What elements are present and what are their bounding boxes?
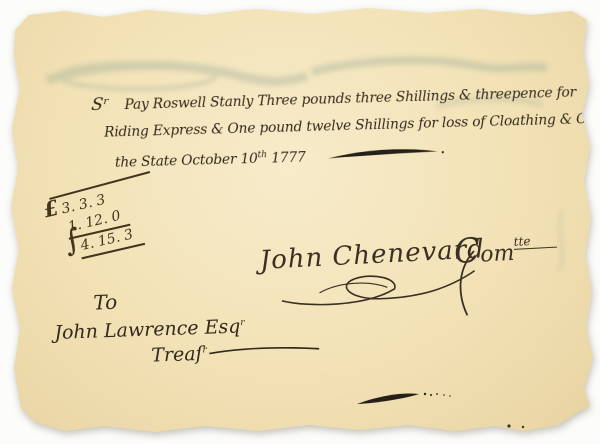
addressee-name-superscript: r — [240, 318, 245, 328]
addressee-to: To — [93, 283, 319, 315]
order-line-3-text: the State October 10 — [115, 151, 258, 171]
addressee-role-superscript: r — [202, 345, 207, 355]
sum-block: £3. 3. 3 1. 12. 0 ∫4. 15. 3 — [41, 173, 166, 265]
ink-specks — [507, 424, 524, 428]
document-paper: SʳPay Roswell Stanly Three pounds three … — [7, 6, 593, 438]
committee-superscript: tte — [513, 233, 556, 250]
addressee-role: Treaſr — [151, 339, 321, 367]
salutation: Sʳ — [90, 91, 110, 119]
committee-signoff: Comtte — [453, 227, 558, 272]
addressee-name-text: John Lawrence Esq — [54, 315, 241, 343]
committee-swash — [450, 249, 484, 320]
treasurer-flourish — [209, 343, 321, 357]
addressee-role-text: Treaſ — [151, 343, 203, 367]
addressee-block: To John Lawrence Esqr Treaſr — [53, 283, 321, 370]
date-flourish — [327, 145, 445, 161]
order-text: SʳPay Roswell Stanly Three pounds three … — [91, 78, 593, 178]
date-year: 1777 — [271, 150, 306, 167]
committee-text: om — [480, 241, 515, 268]
date-ordinal-superscript: th — [257, 150, 267, 160]
photo-background: SʳPay Roswell Stanly Three pounds three … — [0, 0, 600, 444]
ink-smear — [357, 393, 451, 404]
paper-shadow: SʳPay Roswell Stanly Three pounds three … — [7, 6, 593, 438]
